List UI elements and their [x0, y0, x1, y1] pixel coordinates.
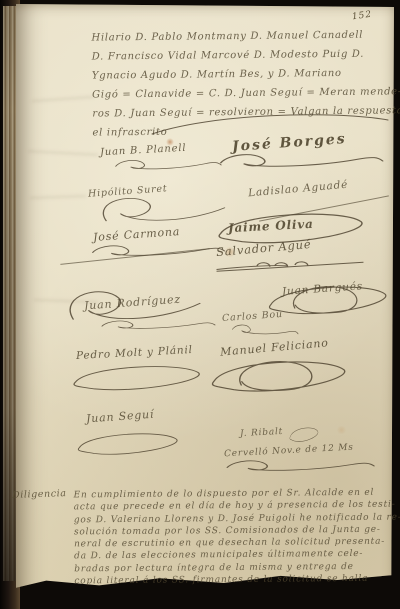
signature-flourish — [214, 256, 366, 274]
diligencia-line: copia literal á los SS. firmantes de la … — [74, 573, 394, 588]
signature-flourish — [204, 352, 354, 398]
signature-flourish — [112, 157, 224, 173]
signature-flourish — [222, 457, 378, 475]
diligencia-paragraph: En cumplimiento de lo dispuesto por el S… — [74, 487, 395, 588]
signature-flourish — [215, 150, 387, 172]
signature-flourish — [72, 428, 184, 458]
signature-flourish — [150, 110, 390, 138]
diligencia-label: Diligencia — [12, 488, 67, 501]
signature-flourish — [288, 424, 320, 444]
signature-flourish — [66, 360, 208, 394]
signature-flourish — [88, 242, 228, 260]
signature-flourish — [98, 318, 218, 332]
opening-line: D. Francisco Vidal Marcové D. Modesto Pu… — [92, 44, 388, 66]
photo-background: 152 Hilario D. Pablo Montmany D. Manuel … — [0, 0, 400, 609]
paper-stain — [336, 426, 347, 434]
